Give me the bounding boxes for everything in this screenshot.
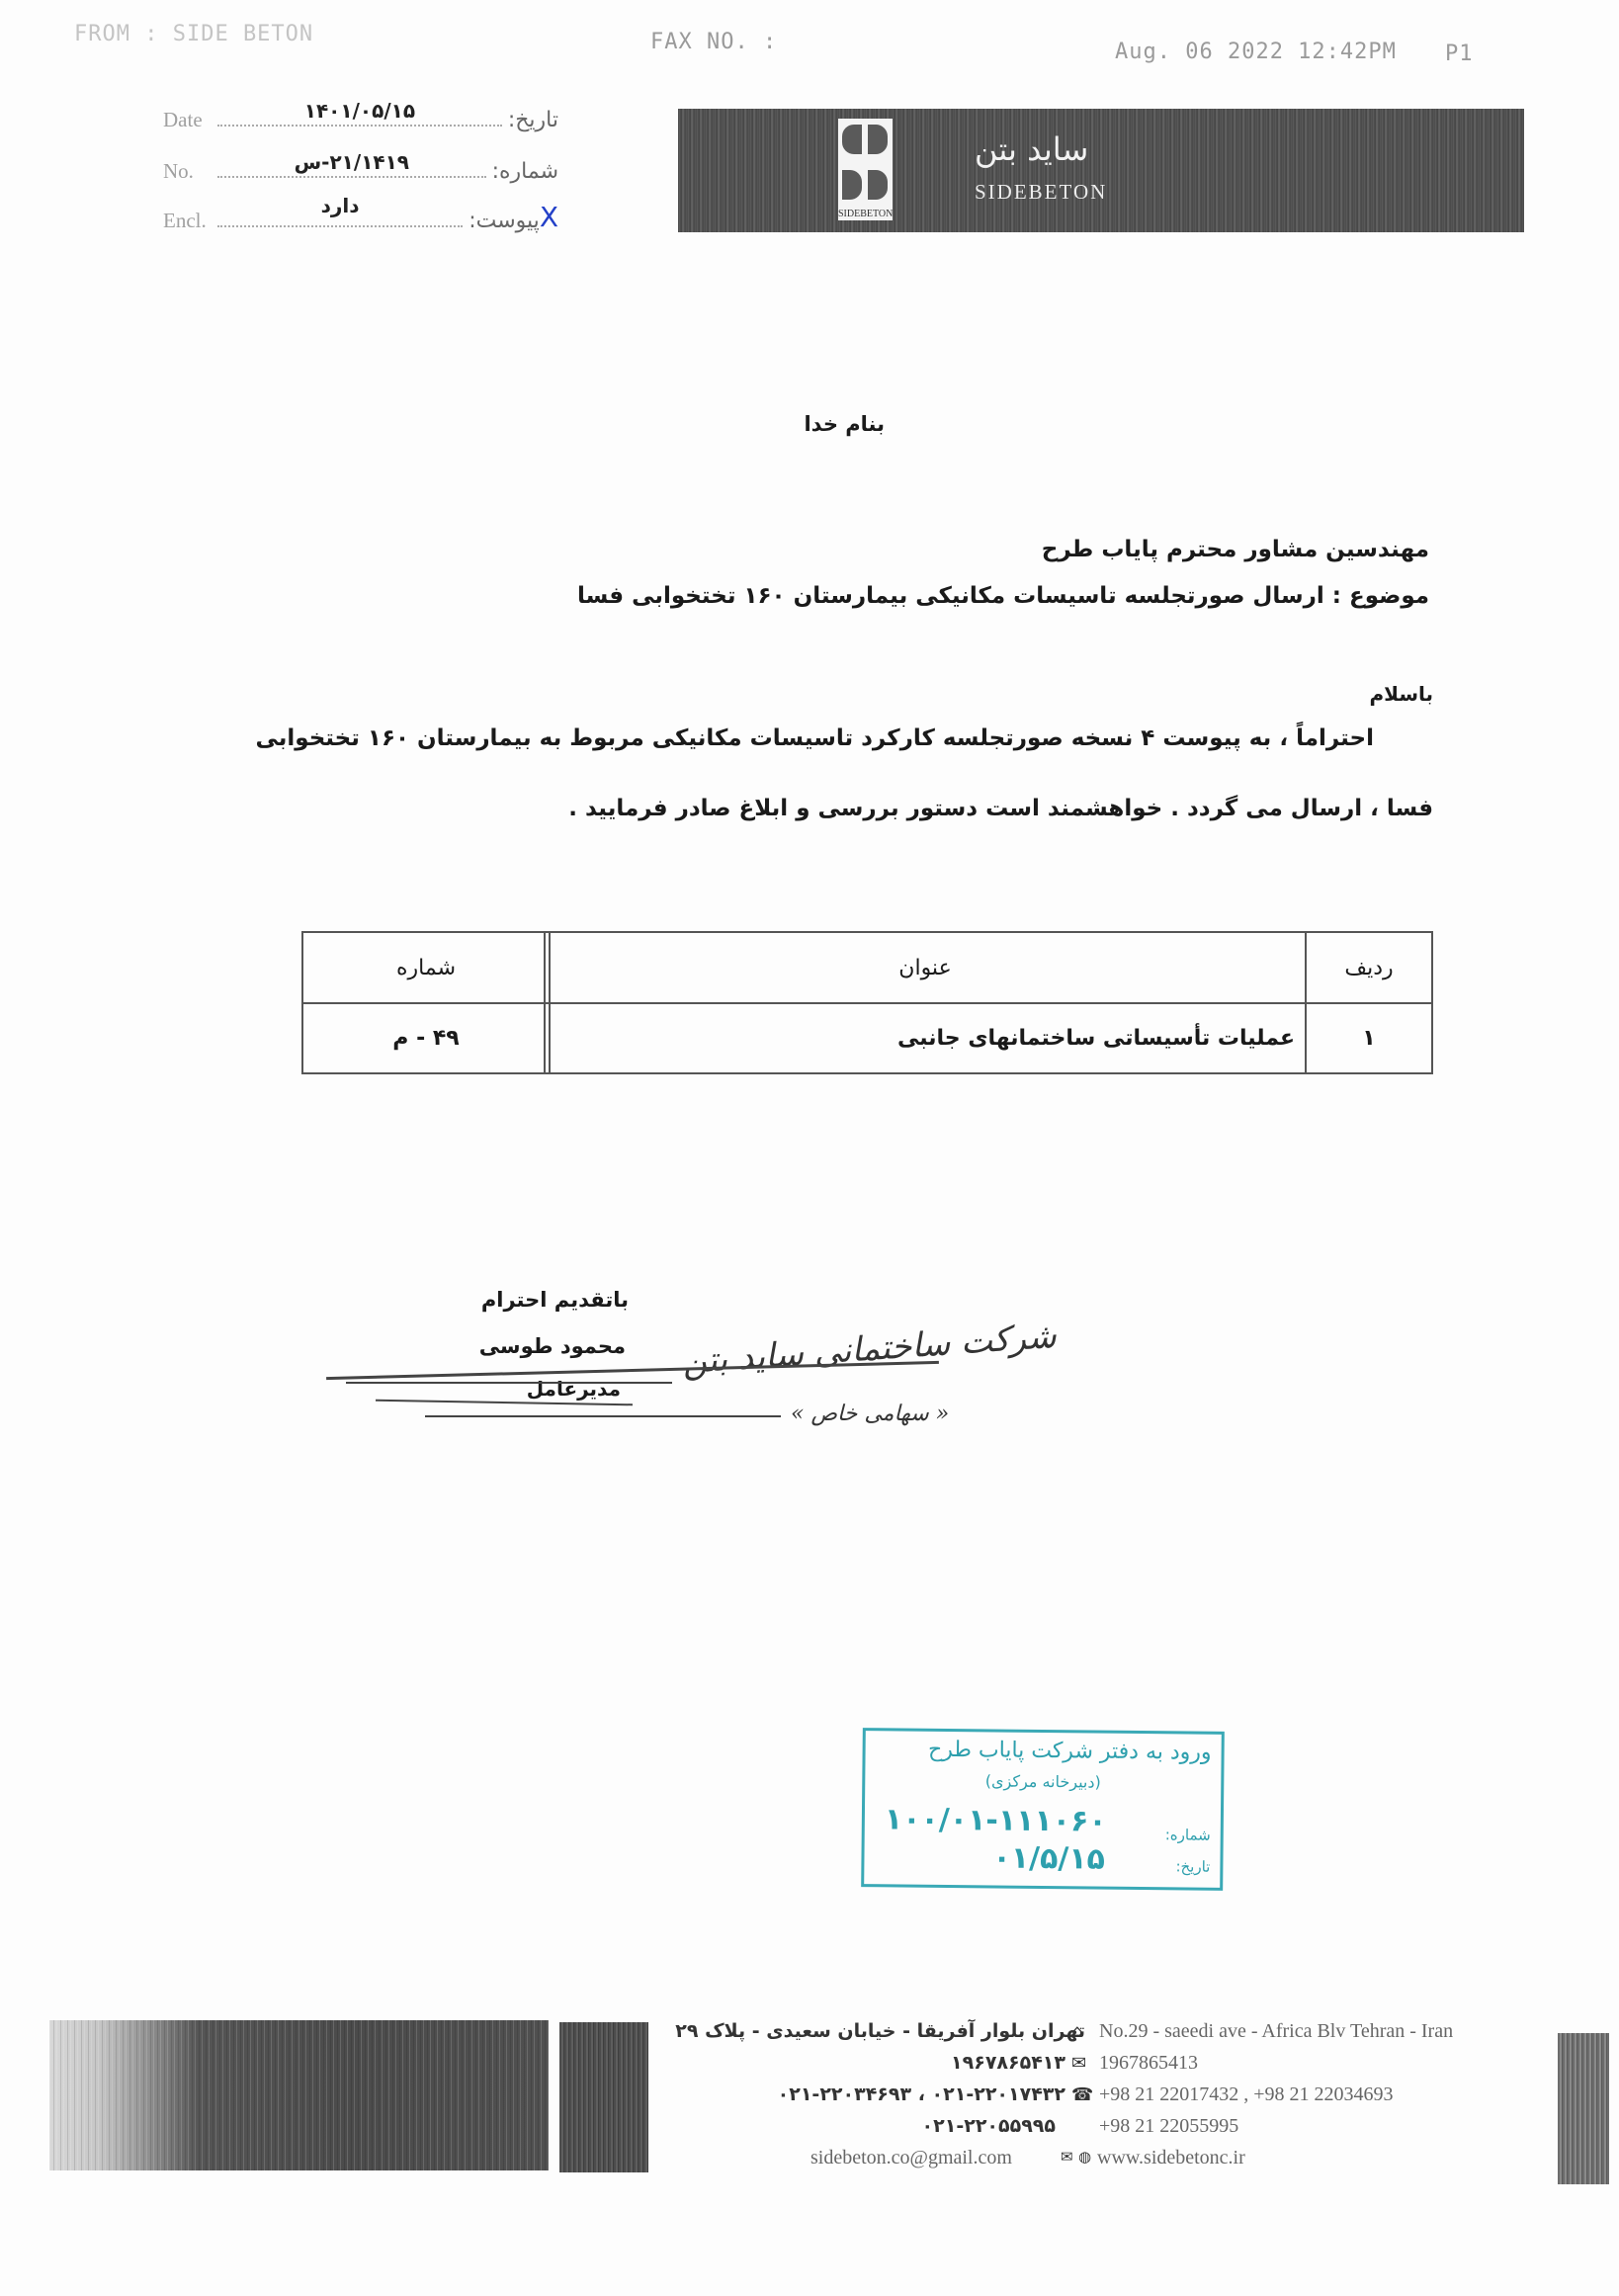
email-icon: ✉ — [1061, 2148, 1073, 2166]
signer-title: مدیرعامل — [527, 1377, 621, 1401]
recipient: مهندسین مشاور محترم پایاب طرح — [1042, 537, 1429, 562]
enclosure-label-en: Encl. — [163, 209, 217, 233]
footer-postal-fa: ۱۹۶۷۸۶۵۴۱۳ — [951, 2052, 1065, 2074]
footer-fax-fa: ۰۲۱-۲۲۰۵۵۹۹۵ — [922, 2115, 1056, 2137]
paragraph-line-2: فسا ، ارسال می گردد . خواهشمند است دستور… — [568, 796, 1433, 821]
fax-page: P1 — [1445, 42, 1474, 66]
footer-bar-right — [1558, 2033, 1609, 2184]
footer-email[interactable]: sidebeton.co@gmail.com — [810, 2147, 1012, 2169]
building-icon: ⌂ — [1071, 2021, 1082, 2042]
globe-icon: ◍ — [1078, 2148, 1091, 2166]
greeting: باسلام — [1369, 682, 1433, 706]
number-label-fa: شماره: — [492, 159, 558, 184]
stamp-date-label: تاریخ: — [1175, 1857, 1210, 1875]
fax-number-label: FAX NO. : — [650, 30, 777, 54]
stamp-date-value: ۰۱/۵/۱۵ — [992, 1840, 1105, 1876]
date-field: Date ۱۴۰۱/۰۵/۱۵ تاریخ: — [163, 97, 558, 132]
number-field: No. ۲۱/۱۴۱۹-س شماره: — [163, 148, 558, 184]
cell-row-index: ۱ — [1305, 1002, 1433, 1074]
number-value: ۲۱/۱۴۱۹-س — [217, 150, 486, 174]
footer-bar-mid — [559, 2022, 648, 2172]
mailbox-icon: ✉ — [1071, 2053, 1086, 2074]
receipt-stamp: ورود به دفتر شرکت پایاب طرح (دبیرخانه مر… — [861, 1728, 1225, 1891]
footer-bar-left — [49, 2020, 549, 2170]
footer-address-fa: تهران بلوار آفریقا - خیابان سعیدی - پلاک… — [675, 2020, 1085, 2042]
header-title: عنوان — [544, 931, 1307, 1004]
date-label-fa: تاریخ: — [508, 108, 558, 132]
subject-line: موضوع : ارسال صورتجلسه تاسیسات مکانیکی ب… — [577, 583, 1429, 609]
header-number: شماره — [301, 931, 551, 1004]
cell-number: ۴۹ - م — [301, 1002, 551, 1074]
footer-phones-fa: ۰۲۱-۲۲۰۱۷۴۳۲ ، ۰۲۱-۲۲۰۳۴۶۹۳ — [778, 2083, 1065, 2105]
enclosure-label-fa: پیوست: — [469, 209, 540, 233]
date-value: ۱۴۰۱/۰۵/۱۵ — [217, 99, 502, 123]
footer-phones-en: +98 21 22017432 , +98 21 22034693 — [1099, 2083, 1394, 2106]
enclosure-field: Encl. دارد پیوست: X — [163, 198, 558, 233]
footer-postal-en: 1967865413 — [1099, 2052, 1198, 2075]
footer-website[interactable]: www.sidebetonc.ir — [1097, 2147, 1245, 2169]
stamp-number-value: ۱۰۰/۰۱-۱۱۱۰۶۰ — [885, 1802, 1107, 1838]
phone-icon: ☎ — [1071, 2084, 1093, 2105]
logo-caption: SIDEBETON — [838, 209, 893, 219]
cell-title: عملیات تأسیساتی ساختمانهای جانبی — [544, 1002, 1307, 1074]
paragraph-line-1: احتراماً ، به پیوست ۴ نسخه صورتجلسه کارک… — [336, 725, 1374, 751]
date-label-en: Date — [163, 108, 217, 132]
number-label-en: No. — [163, 159, 217, 184]
signer-name: محمود طوسی — [479, 1334, 626, 1358]
enclosures-table: ردیف عنوان شماره ۱ عملیات تأسیساتی ساختم… — [301, 931, 1433, 1074]
company-logo-icon: SIDEBETON — [838, 119, 893, 220]
fax-datetime: Aug. 06 2022 12:42PM — [1115, 40, 1397, 64]
footer-address-en: No.29 - saeedi ave - Africa Blv Tehran -… — [1099, 2020, 1453, 2043]
invocation: بنام خدا — [804, 412, 885, 436]
enclosure-value: دارد — [217, 194, 463, 217]
header-row-index: ردیف — [1305, 931, 1433, 1004]
footer-fax-en: +98 21 22055995 — [1099, 2115, 1238, 2138]
company-seal-subtext: « سهامی خاص » — [791, 1402, 949, 1426]
checkmark-x-icon: X — [540, 201, 558, 233]
stamp-number-label: شماره: — [1165, 1826, 1211, 1843]
fax-from: FROM : SIDE BETON — [74, 22, 313, 46]
closing-regards: باتقدیم احترام — [481, 1288, 629, 1312]
company-seal-text: شرکت ساختمانی ساید بتن — [681, 1317, 1058, 1382]
stamp-subtitle: (دبیرخانه مرکزی) — [865, 1770, 1221, 1793]
brand-name-en: SIDEBETON — [975, 180, 1107, 205]
letterhead-banner: SIDEBETON ساید بتن SIDEBETON — [678, 109, 1524, 232]
brand-name-fa: ساید بتن — [975, 130, 1088, 168]
stamp-title: ورود به دفتر شرکت پایاب طرح — [928, 1738, 1212, 1765]
